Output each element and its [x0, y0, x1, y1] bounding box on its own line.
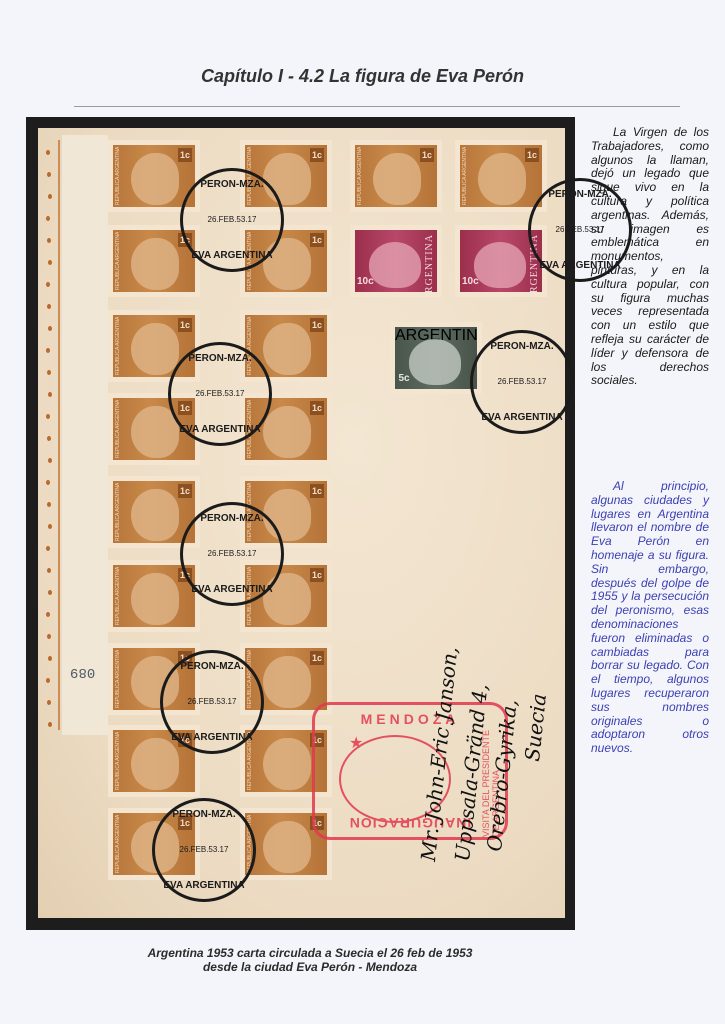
postmark-cancel: PERON-MZA.26.FEB.53.17EVA ARGENTINA	[152, 798, 256, 902]
perforation-dot	[48, 656, 52, 661]
perforation-dot	[46, 282, 50, 287]
stamp-value: 1c	[310, 148, 324, 162]
postmark-date: 26.FEB.53.17	[473, 377, 571, 386]
stamp-country: REPUBLICA ARGENTINA	[115, 400, 125, 458]
handwritten-address: Mr. John-Eric Janson, Uppsala-Gränd 4, O…	[408, 560, 568, 860]
postmark-bottom: EVA ARGENTINA	[183, 584, 281, 595]
perforation-dot	[48, 326, 52, 331]
portrait-icon	[131, 238, 179, 290]
postmark-date: 26.FEB.53.17	[183, 215, 281, 224]
perforation-dot	[48, 590, 52, 595]
perforation-dot	[47, 568, 51, 573]
perforation-dot	[46, 546, 50, 551]
stamp-value: 1c	[310, 318, 324, 332]
stamp-value: 1c	[310, 651, 324, 665]
perforation-dot	[47, 304, 51, 309]
stamp-country: REPUBLICA ARGENTINA	[115, 732, 125, 790]
portrait-icon	[263, 738, 311, 790]
perforation-dot	[46, 150, 50, 155]
postmark-top: PERON-MZA.	[163, 661, 261, 672]
portrait-icon	[263, 656, 311, 708]
perforation-dot	[47, 238, 51, 243]
perforation-dot	[48, 194, 52, 199]
postmark-cancel: PERON-MZA.26.FEB.53.17EVA ARGENTINA	[470, 330, 574, 434]
postmark-bottom: EVA ARGENTINA	[171, 424, 269, 435]
paragraph-text: La Virgen de los Trabajadores, como algu…	[591, 126, 709, 388]
stamp-country: ARGENTINA	[424, 234, 435, 292]
stamp-value: 10c	[357, 275, 371, 289]
green-stamp: ARGENTINA5c	[390, 322, 482, 394]
paragraph-text: Al principio, algunas ciudades y lugares…	[591, 480, 709, 756]
perforation-dot	[46, 480, 50, 485]
portrait-icon	[131, 323, 179, 375]
stamp-value: 5c	[397, 372, 411, 386]
sheet-margin	[62, 135, 108, 735]
postmark-top: PERON-MZA.	[155, 809, 253, 820]
caption-line: Argentina 1953 carta circulada a Suecia …	[60, 946, 560, 960]
stamp-country: REPUBLICA ARGENTINA	[115, 232, 125, 290]
postmark-bottom: EVA ARGENTINA	[155, 880, 253, 891]
perforation-dot	[48, 458, 52, 463]
perforation-dot	[48, 260, 52, 265]
postmark-top: PERON-MZA.	[183, 179, 281, 190]
portrait-icon	[409, 339, 461, 385]
stamp-country: REPUBLICA ARGENTINA	[357, 147, 367, 205]
portrait-icon	[263, 821, 311, 873]
stamp-value: 1c	[525, 148, 539, 162]
sidebar-paragraph-1: La Virgen de los Trabajadores, como algu…	[591, 126, 709, 388]
perforation-dot	[48, 524, 52, 529]
stamp-country: REPUBLICA ARGENTINA	[115, 650, 125, 708]
postmark-bottom: EVA ARGENTINA	[473, 412, 571, 423]
image-caption: Argentina 1953 carta circulada a Suecia …	[60, 946, 560, 974]
perforation-dot	[46, 414, 50, 419]
perforation-dot	[47, 172, 51, 177]
perforation-dot	[48, 722, 52, 727]
postmark-date: 26.FEB.53.17	[155, 845, 253, 854]
star-icon: ★	[349, 733, 363, 753]
postmark-top: PERON-MZA.	[473, 341, 571, 352]
brown-stamp: REPUBLICA ARGENTINA1c	[455, 140, 547, 212]
perforation-dot	[47, 502, 51, 507]
stamp-value: 1c	[310, 233, 324, 247]
postmark-cancel: PERON-MZA.26.FEB.53.17EVA ARGENTINA	[180, 502, 284, 606]
portrait-icon	[131, 153, 179, 205]
portrait-icon	[131, 489, 179, 541]
portrait-icon	[478, 153, 526, 205]
sidebar-paragraph-2: Al principio, algunas ciudades y lugares…	[591, 480, 709, 756]
portrait-icon	[263, 406, 311, 458]
portrait-icon	[474, 242, 526, 288]
sheet-margin-number: 089	[70, 664, 95, 680]
portrait-icon	[369, 242, 421, 288]
portrait-icon	[373, 153, 421, 205]
perforation-dot	[46, 678, 50, 683]
portrait-icon	[131, 573, 179, 625]
stamp-value: 1c	[178, 148, 192, 162]
perforation-dot	[48, 392, 52, 397]
perforation-dot	[47, 634, 51, 639]
stamp-country: REPUBLICA ARGENTINA	[115, 483, 125, 541]
stamp-value: 1c	[310, 401, 324, 415]
caption-line: desde la ciudad Eva Perón - Mendoza	[60, 960, 560, 974]
magenta-stamp: ARGENTINA10c	[350, 225, 442, 297]
postmark-bottom: EVA ARGENTINA	[163, 732, 261, 743]
postmark-cancel: PERON-MZA.26.FEB.53.17EVA ARGENTINA	[180, 168, 284, 272]
postmark-date: 26.FEB.53.17	[183, 549, 281, 558]
perforation-dot	[47, 436, 51, 441]
page-title-text: Capítulo I - 4.2 La figura de Eva Perón	[201, 66, 524, 87]
postmark-top: PERON-MZA.	[183, 513, 281, 524]
postmark-date: 26.FEB.53.17	[163, 697, 261, 706]
portrait-icon	[263, 323, 311, 375]
stamp-country: REPUBLICA ARGENTINA	[462, 147, 472, 205]
perforation-dot	[46, 216, 50, 221]
stamp-country: REPUBLICA ARGENTINA	[115, 815, 125, 873]
postmark-top: PERON-MZA.	[171, 353, 269, 364]
postmark-cancel: PERON-MZA.26.FEB.53.17EVA ARGENTINA	[168, 342, 272, 446]
portrait-icon	[131, 738, 179, 790]
stamp-value: 1c	[310, 568, 324, 582]
address-line: Suecia	[520, 692, 551, 762]
stamp-value: 1c	[420, 148, 434, 162]
perforation-dot	[46, 612, 50, 617]
stamp-country: REPUBLICA ARGENTINA	[115, 567, 125, 625]
stamp-country: REPUBLICA ARGENTINA	[115, 317, 125, 375]
page-title: Capítulo I - 4.2 La figura de Eva Perón	[0, 66, 725, 87]
brown-stamp: REPUBLICA ARGENTINA1c	[350, 140, 442, 212]
stamp-value: 1c	[310, 484, 324, 498]
postmark-bottom: EVA ARGENTINA	[183, 250, 281, 261]
postmark-cancel: PERON-MZA.26.FEB.53.17EVA ARGENTINA	[160, 650, 264, 754]
perforation-dot	[47, 370, 51, 375]
perforation-dot	[46, 348, 50, 353]
perforation-dot	[47, 700, 51, 705]
title-divider	[74, 106, 680, 107]
perforation-strip-line	[58, 140, 60, 730]
stamp-value: 10c	[462, 275, 476, 289]
stamp-value: 1c	[178, 484, 192, 498]
postmark-date: 26.FEB.53.17	[171, 389, 269, 398]
stamp-value: 1c	[178, 318, 192, 332]
stamp-country: REPUBLICA ARGENTINA	[115, 147, 125, 205]
